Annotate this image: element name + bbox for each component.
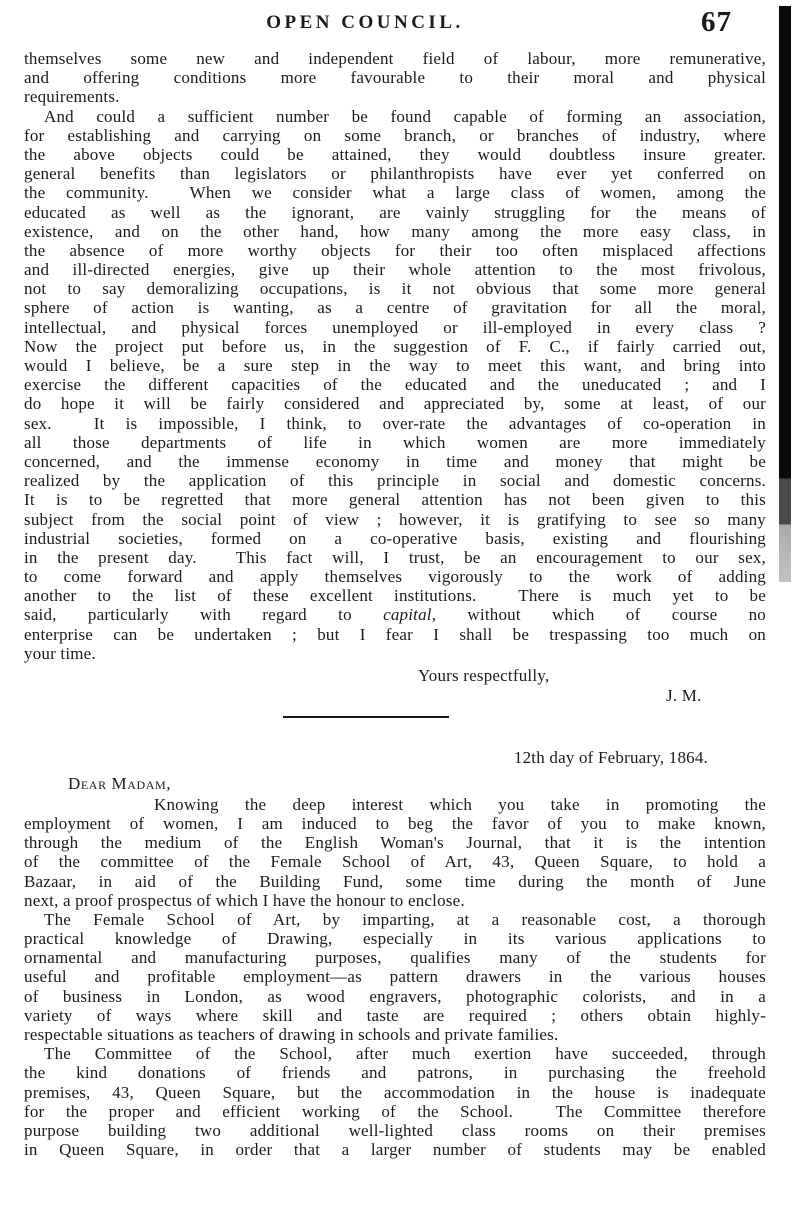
- page-title: OPEN COUNCIL.: [24, 12, 706, 34]
- text-line: general benefits than legislators or phi…: [24, 164, 766, 183]
- letter-school-salutation: Dear Madam,: [24, 774, 766, 793]
- text-line: premises, 43, Queen Square, but the acco…: [24, 1083, 766, 1102]
- text-line: the kind donations of friends and patron…: [24, 1063, 766, 1082]
- text-line: the absence of more worthy objects for t…: [24, 241, 766, 260]
- paragraph: The Committee of the School, after much …: [24, 1044, 766, 1159]
- text-line: sphere of action is wanting, as a centre…: [24, 298, 766, 317]
- page-content: themselves some new and independent fiel…: [24, 49, 766, 1159]
- text-line: respectable situations as teachers of dr…: [24, 1025, 766, 1044]
- text-line: and ill-directed energies, give up their…: [24, 260, 766, 279]
- letter-jm-body: themselves some new and independent fiel…: [24, 49, 766, 663]
- text-line: your time.: [24, 644, 766, 663]
- text-line: Knowing the deep interest which you take…: [24, 795, 766, 814]
- text-line: all those departments of life in which w…: [24, 433, 766, 452]
- text-line: sex. It is impossible, I think, to over-…: [24, 414, 766, 433]
- text-line: to come forward and apply themselves vig…: [24, 567, 766, 586]
- page-number: 67: [701, 6, 732, 39]
- text-line: in Queen Square, in order that a larger …: [24, 1140, 766, 1159]
- letter-school-body: Knowing the deep interest which you take…: [24, 795, 766, 1160]
- text-line: enterprise can be undertaken ; but I fea…: [24, 625, 766, 644]
- text-line: for establishing and carrying on some br…: [24, 126, 766, 145]
- text-line: the community. When we consider what a l…: [24, 183, 766, 202]
- paragraph: themselves some new and independent fiel…: [24, 49, 766, 107]
- text-line: themselves some new and independent fiel…: [24, 49, 766, 68]
- text-line: existence, and on the other hand, how ma…: [24, 222, 766, 241]
- text-line: ornamental and manufacturing purposes, q…: [24, 948, 766, 967]
- text-line: The Committee of the School, after much …: [24, 1044, 766, 1063]
- running-head: OPEN COUNCIL. 67: [24, 10, 766, 44]
- text-line: through the medium of the English Woman'…: [24, 833, 766, 852]
- paragraph: And could a sufficient number be found c…: [24, 107, 766, 663]
- text-line: requirements.: [24, 87, 766, 106]
- text-line: It is to be regretted that more general …: [24, 490, 766, 509]
- letter-jm-closing: Yours respectfully,: [418, 666, 766, 685]
- text-line: exercise the different capacities of the…: [24, 375, 766, 394]
- text-line: purpose building two additional well-lig…: [24, 1121, 766, 1140]
- text-line: practical knowledge of Drawing, especial…: [24, 929, 766, 948]
- text-line: and offering conditions more favourable …: [24, 68, 766, 87]
- text-line: Now the project put before us, in the su…: [24, 337, 766, 356]
- text-line: for the proper and efficient working of …: [24, 1102, 766, 1121]
- text-line: said, particularly with regard to capita…: [24, 605, 766, 624]
- text-line: realized by the application of this prin…: [24, 471, 766, 490]
- text-line: industrial societies, formed on a co-ope…: [24, 529, 766, 548]
- letter-jm-signature: J. M.: [666, 686, 766, 705]
- book-edge-shadow: [779, 6, 791, 582]
- paragraph: The Female School of Art, by imparting, …: [24, 910, 766, 1044]
- text-line: subject from the social point of view ; …: [24, 510, 766, 529]
- text-line: educated as well as the ignorant, are va…: [24, 203, 766, 222]
- text-line: next, a proof prospectus of which I have…: [24, 891, 766, 910]
- scanned-page: OPEN COUNCIL. 67 themselves some new and…: [0, 0, 793, 1214]
- text-line: in the present day. This fact will, I tr…: [24, 548, 766, 567]
- text-line: would I believe, be a sure step in the w…: [24, 356, 766, 375]
- text-line: intellectual, and physical forces unempl…: [24, 318, 766, 337]
- letter-school-dateline: 12th day of February, 1864.: [24, 748, 766, 767]
- text-line: concerned, and the immense economy in ti…: [24, 452, 766, 471]
- text-line: Bazaar, in aid of the Building Fund, som…: [24, 872, 766, 891]
- text-line: And could a sufficient number be found c…: [24, 107, 766, 126]
- text-line: of the committee of the Female School of…: [24, 852, 766, 871]
- text-line: The Female School of Art, by imparting, …: [24, 910, 766, 929]
- text-line: another to the list of these excellent i…: [24, 586, 766, 605]
- text-line: useful and profitable employment—as patt…: [24, 967, 766, 986]
- text-line: do hope it will be fairly considered and…: [24, 394, 766, 413]
- section-divider: [283, 716, 449, 718]
- text-line: the above objects could be attained, the…: [24, 145, 766, 164]
- letter-jm: themselves some new and independent fiel…: [24, 49, 766, 705]
- letter-school: 12th day of February, 1864. Dear Madam, …: [24, 748, 766, 1159]
- paragraph: Knowing the deep interest which you take…: [24, 795, 766, 910]
- text-line: not to say demoralizing occupations, is …: [24, 279, 766, 298]
- text-line: of business in London, as wood engravers…: [24, 987, 766, 1006]
- text-line: variety of ways where skill and taste ar…: [24, 1006, 766, 1025]
- text-line: employment of women, I am induced to beg…: [24, 814, 766, 833]
